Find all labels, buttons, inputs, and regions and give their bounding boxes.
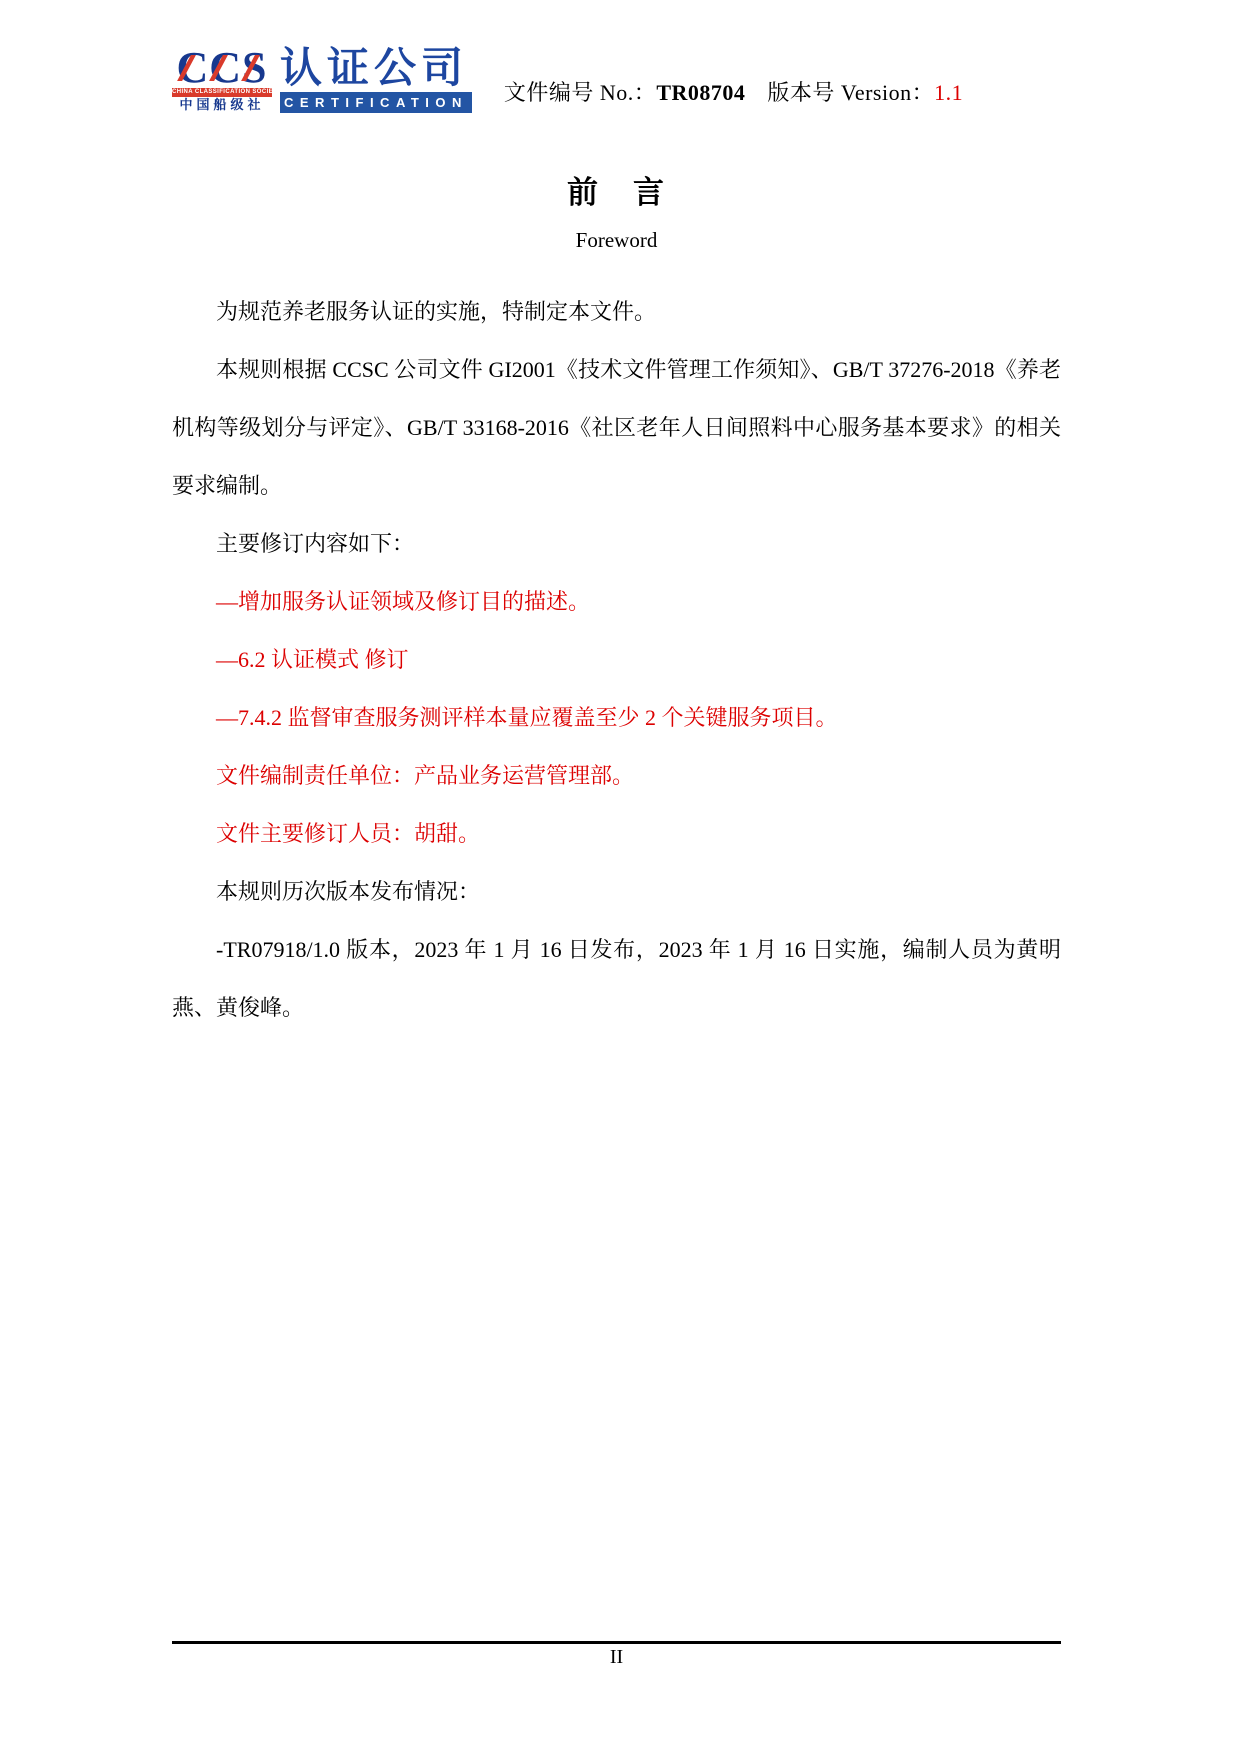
paragraph: 主要修订内容如下： [172,515,1061,573]
paragraph: —6.2 认证模式 修订 [172,631,1061,689]
page-footer: II [172,1641,1061,1669]
document-body: 为规范养老服务认证的实施，特制定本文件。 本规则根据 CCSC 公司文件 GI2… [172,283,1061,1037]
doc-no-label: 文件编号 No.： [504,80,656,105]
ccs-wordmark: CCS [172,48,272,88]
paragraph: 本规则根据 CCSC 公司文件 GI2001《技术文件管理工作须知》、GB/T … [172,341,1061,515]
society-name-cn: 中国船级社 [172,97,272,113]
page-header: CCS CHINA CLASSIFICATION SOCIETY 中国船级社 认… [172,48,1061,113]
paragraph: 文件编制责任单位：产品业务运营管理部。 [172,747,1061,805]
document-page: CCS CHINA CLASSIFICATION SOCIETY 中国船级社 认… [0,0,1233,1743]
doc-no-value: TR08704 [656,80,745,105]
page-title-en: Foreword [172,228,1061,253]
paragraph: 本规则历次版本发布情况： [172,863,1061,921]
version-value: 1.1 [934,80,963,105]
version-label: 版本号 Version： [767,80,934,105]
page-title: 前 言 [172,167,1061,212]
paragraph: -TR07918/1.0 版本，2023 年 1 月 16 日发布，2023 年… [172,921,1061,1037]
paragraph: 文件主要修订人员：胡甜。 [172,805,1061,863]
page-number: II [610,1646,623,1669]
paragraph: 为规范养老服务认证的实施，特制定本文件。 [172,283,1061,341]
paragraph: —7.4.2 监督审查服务测评样本量应覆盖至少 2 个关键服务项目。 [172,689,1061,747]
ccs-logo: CCS CHINA CLASSIFICATION SOCIETY 中国船级社 认… [172,48,472,113]
certification-bar: CERTIFICATION [280,92,472,113]
ccs-logo-right: 认证公司 CERTIFICATION [280,48,472,113]
paragraph: —增加服务认证领域及修订目的描述。 [172,573,1061,631]
ccs-logo-left: CCS CHINA CLASSIFICATION SOCIETY 中国船级社 [172,48,272,113]
company-name-cn: 认证公司 [280,48,472,90]
ccs-letters: CCS [176,43,267,92]
document-meta: 文件编号 No.：TR08704版本号 Version：1.1 [504,76,963,113]
